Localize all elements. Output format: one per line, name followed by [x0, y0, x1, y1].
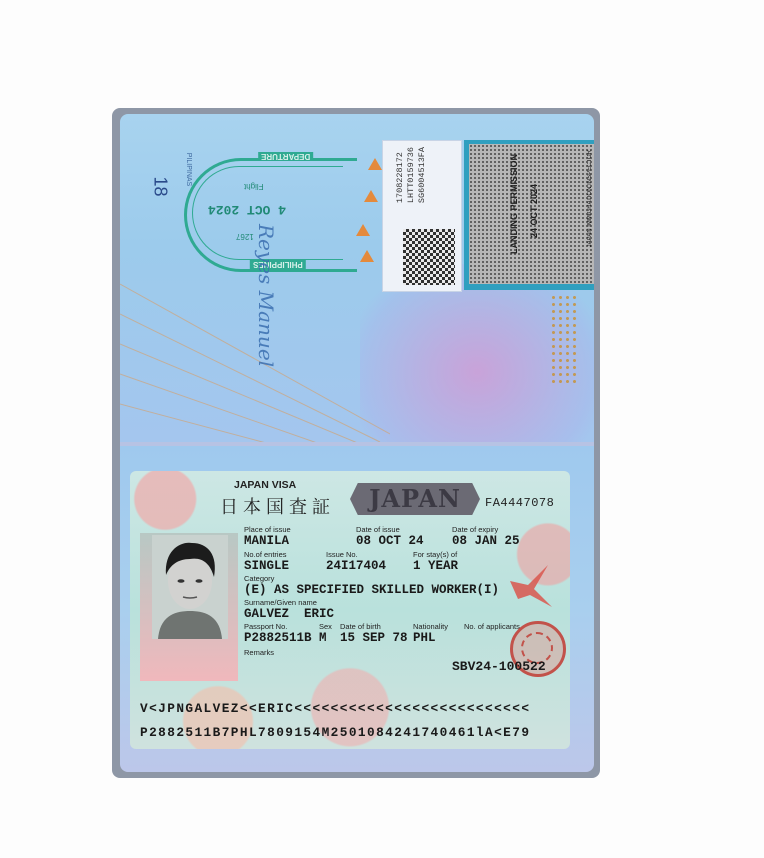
stamp-header: DEPARTURE	[258, 152, 313, 161]
seal-header: JAPAN IMMIGRATION INSPECTOR	[587, 150, 593, 247]
japan-emblem: JAPAN	[350, 483, 480, 515]
seal-date: 24 OCT 2024	[529, 184, 539, 238]
sticker-number-1: 1708228172	[395, 152, 405, 203]
place-of-issue-value: MANILA	[244, 535, 289, 547]
page-number: 18	[150, 176, 171, 196]
stay-label: For stay(s) of	[413, 551, 457, 559]
date-of-expiry-value: 08 JAN 25	[452, 535, 520, 547]
sex-label: Sex	[319, 623, 332, 631]
seal-pattern: JAPAN IMMIGRATION INSPECTOR LANDING PERM…	[469, 144, 594, 284]
dob-value: 15 SEP 78	[340, 632, 408, 644]
date-of-issue-value: 08 OCT 24	[356, 535, 424, 547]
place-of-issue-label: Place of issue	[244, 526, 291, 534]
sticker-number-3: SG6004513FA	[417, 147, 427, 203]
remarks-value: SBV24-100522	[452, 661, 546, 673]
passport-page-upper: 18 PILIPINAS DEPARTURE PHILIPPINES Fligh…	[120, 114, 594, 444]
passport-no-value: P2882511B	[244, 632, 312, 644]
applicants-label: No. of applicants	[464, 623, 520, 631]
stamp-date: 4 OCT 2024	[208, 202, 286, 217]
name-value: GALVEZ ERIC	[244, 608, 334, 620]
sticker-number-2: LHTT0159736	[406, 147, 416, 203]
sex-value: M	[319, 632, 327, 644]
qr-code	[403, 229, 455, 285]
date-of-expiry-label: Date of expiry	[452, 526, 498, 534]
paper-crane-icon	[508, 563, 554, 611]
nationality-label: Nationality	[413, 623, 448, 631]
passport-page-lower: JAPAN VISA 日本国査証 JAPAN FA4447078 Place o…	[120, 446, 594, 772]
passport-no-label: Passport No.	[244, 623, 287, 631]
issue-no-value: 24I17404	[326, 560, 386, 572]
stay-value: 1 YEAR	[413, 560, 458, 572]
date-of-issue-label: Date of issue	[356, 526, 400, 534]
nationality-value: PHL	[413, 632, 436, 644]
sticker-barcode-panel: 1708228172 LHTT0159736 SG6004513FA	[382, 140, 462, 292]
mrz-line-2: P2882511B7PHL7809154M2501084241740461lA<…	[140, 725, 530, 740]
japan-visa-sticker: JAPAN VISA 日本国査証 JAPAN FA4447078 Place o…	[130, 471, 570, 749]
sticker-numbers: 1708228172 LHTT0159736 SG6004513FA	[395, 147, 428, 203]
seal-title: LANDING PERMISSION	[509, 154, 519, 254]
visa-title: JAPAN VISA	[234, 479, 296, 491]
category-label: Category	[244, 575, 274, 583]
name-label: Surname/Given name	[244, 599, 317, 607]
departure-stamp: DEPARTURE PHILIPPINES Flight 4 OCT 2024 …	[180, 154, 312, 270]
dob-label: Date of birth	[340, 623, 381, 631]
visa-title-kanji: 日本国査証	[220, 493, 335, 519]
stamp-officer-code: 1267	[236, 232, 254, 241]
decorative-motif	[356, 224, 370, 236]
decorative-motif	[368, 158, 382, 170]
category-value: (E) AS SPECIFIED SKILLED WORKER(I)	[244, 584, 499, 596]
remarks-label: Remarks	[244, 649, 274, 657]
handwritten-signature: Reyes Manuel	[254, 224, 278, 367]
decorative-motif	[364, 190, 378, 202]
entries-value: SINGLE	[244, 560, 289, 572]
passport: 18 PILIPINAS DEPARTURE PHILIPPINES Fligh…	[112, 108, 600, 778]
visa-serial-number: FA4447078	[485, 496, 554, 510]
landing-permission-seal: JAPAN IMMIGRATION INSPECTOR LANDING PERM…	[464, 140, 594, 290]
stamp-flight-label: Flight	[244, 182, 264, 191]
landing-permission-sticker: 1708228172 LHTT0159736 SG6004513FA JAPAN…	[382, 140, 594, 290]
decorative-motif	[360, 250, 374, 262]
mrz-line-1: V<JPNGALVEZ<<ERIC<<<<<<<<<<<<<<<<<<<<<<<…	[140, 701, 530, 716]
issue-no-label: Issue No.	[326, 551, 358, 559]
entries-label: No.of entries	[244, 551, 287, 559]
holder-photo	[152, 535, 228, 639]
perforated-number	[550, 294, 578, 384]
